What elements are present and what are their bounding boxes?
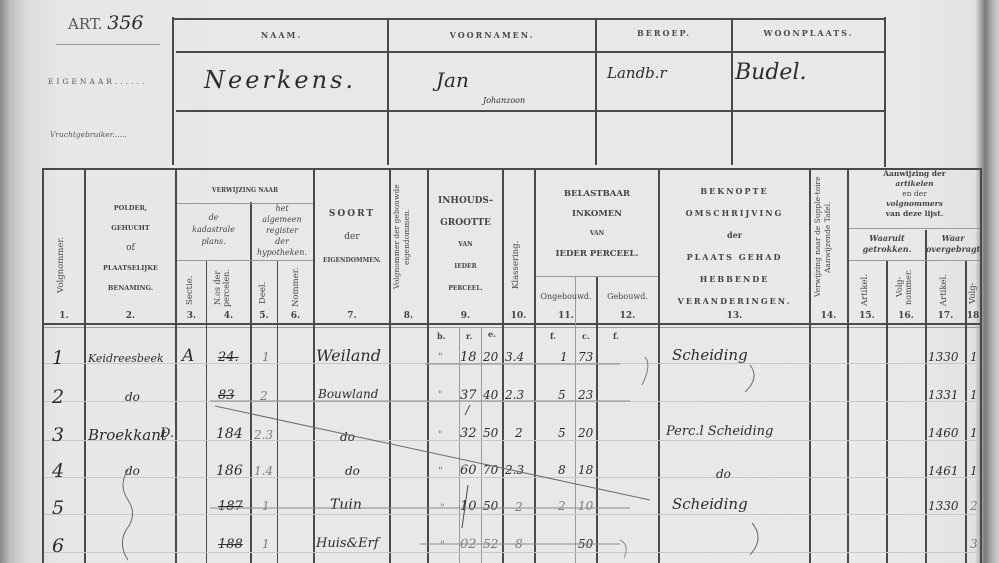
kadaster-register-page: ART. 356 EIGENAAR...... Vruchtgebruiker.… [0, 0, 999, 563]
handwritten-strike-lines [0, 0, 999, 563]
